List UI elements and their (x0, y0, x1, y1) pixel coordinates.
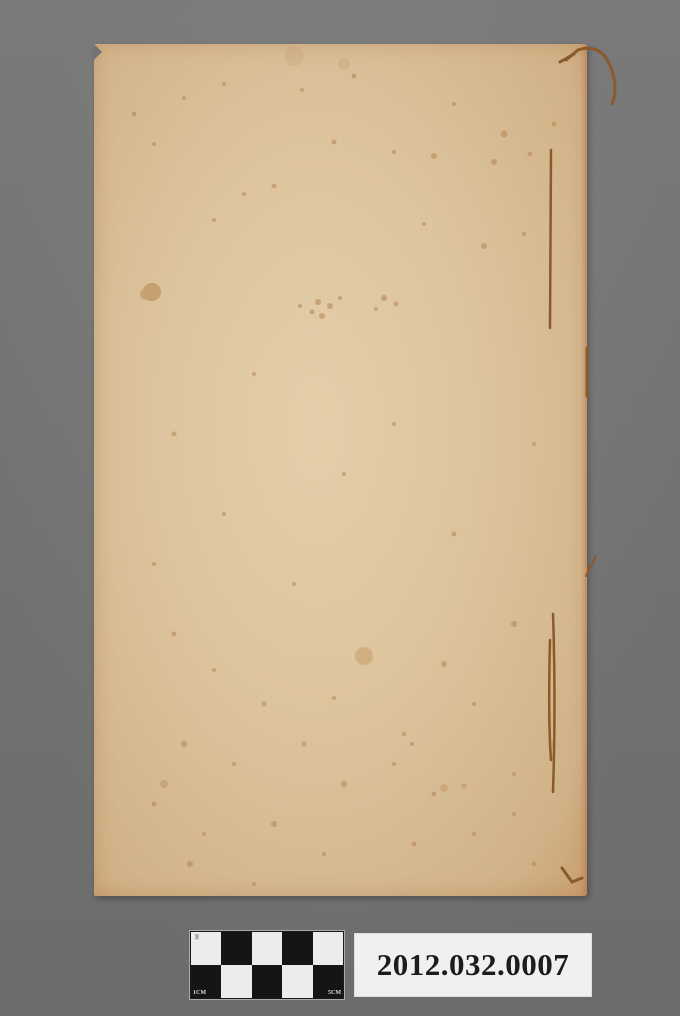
scale-cell (252, 932, 282, 965)
scale-mark-top: IN (193, 934, 198, 940)
color-scale-bar: IN 1CM 5CM (190, 931, 344, 999)
scale-cell: 1CM (191, 965, 221, 998)
accession-label: 2012.032.0007 (354, 933, 592, 997)
scale-cell (221, 932, 251, 965)
scale-cell (313, 932, 343, 965)
scale-cell: 5CM (313, 965, 343, 998)
scale-cell (221, 965, 251, 998)
scale-cell: IN (191, 932, 221, 965)
foxing-stains (94, 44, 587, 896)
scale-mark-1cm: 1CM (193, 990, 206, 996)
scale-mark-5cm: 5CM (328, 990, 341, 996)
booklet-cover (94, 44, 587, 896)
scale-cell (252, 965, 282, 998)
accession-number: 2012.032.0007 (377, 947, 570, 983)
scale-cell (282, 965, 312, 998)
scale-cell (282, 932, 312, 965)
photo-stage: IN 1CM 5CM 2012.032.0007 (0, 0, 680, 1016)
